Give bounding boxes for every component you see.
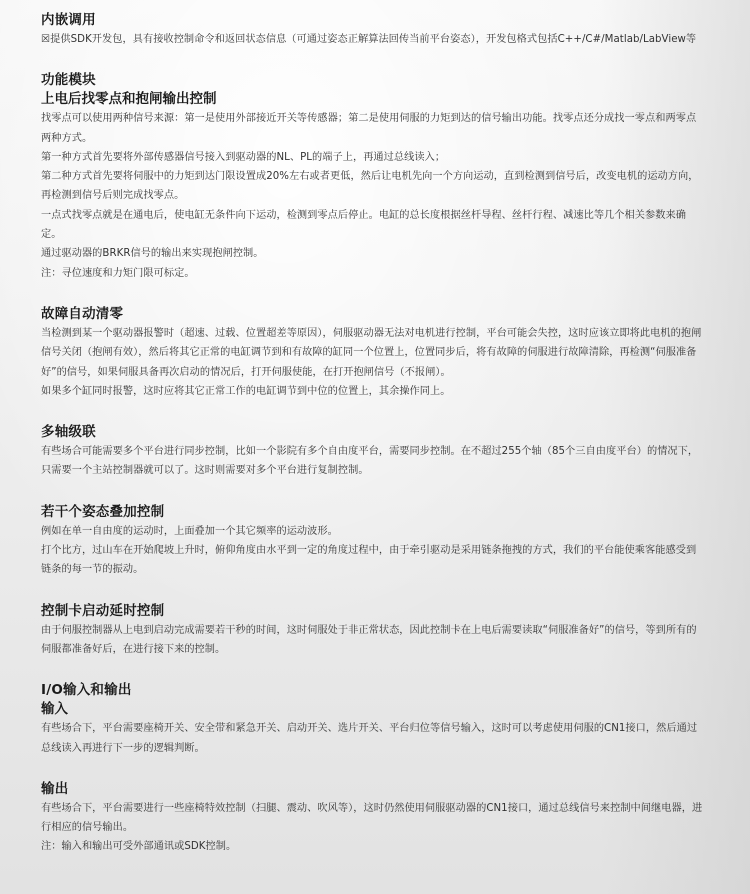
paragraph: 有些场合下，平台需要座椅开关、安全带和紧急开关、启动开关、选片开关、平台归位等信… — [41, 719, 706, 758]
paragraph: 如果多个缸同时报警，这时应将其它正常工作的电缸调节到中位的位置上，其余操作同上。 — [41, 382, 706, 401]
subsection-title: 输入 — [41, 700, 706, 719]
section-multi-axis: 多轴级联 有些场合可能需要多个平台进行同步控制，比如一个影院有多个自由度平台，需… — [41, 423, 706, 481]
section-posture-overlay: 若干个姿态叠加控制 例如在单一自由度的运动时，上面叠加一个其它频率的运动波形。 … — [41, 503, 706, 580]
paragraph: 有些场合可能需要多个平台进行同步控制，比如一个影院有多个自由度平台，需要同步控制… — [41, 442, 706, 481]
paragraph: 当检测到某一个驱动器报警时（超速、过载、位置超差等原因），伺服驱动器无法对电机进… — [41, 324, 706, 382]
paragraph: 找零点可以使用两种信号来源：第一是使用外部接近开关等传感器；第二是使用伺服的力矩… — [41, 109, 706, 148]
section-io: I/O输入和输出 输入 有些场合下，平台需要座椅开关、安全带和紧急开关、启动开关… — [41, 681, 706, 758]
section-title: 控制卡启动延时控制 — [41, 602, 706, 621]
paragraph: 通过驱动器的BRKR信号的输出来实现抱闸控制。 — [41, 244, 706, 263]
section-embedded: 内嵌调用 ☒提供SDK开发包，具有接收控制命令和返回状态信息（可通过姿态正解算法… — [41, 11, 706, 49]
paragraph: 例如在单一自由度的运动时，上面叠加一个其它频率的运动波形。 — [41, 522, 706, 541]
paragraph: 第二种方式首先要将伺服中的力矩到达门限设置成20%左右或者更低，然后让电机先向一… — [41, 167, 706, 206]
paragraph: 注：寻位速度和力矩门限可标定。 — [41, 264, 706, 283]
section-title: 输出 — [41, 780, 706, 799]
section-fault-reset: 故障自动清零 当检测到某一个驱动器报警时（超速、过载、位置超差等原因），伺服驱动… — [41, 305, 706, 401]
paragraph: ☒提供SDK开发包，具有接收控制命令和返回状态信息（可通过姿态正解算法回传当前平… — [41, 30, 706, 49]
section-title: 故障自动清零 — [41, 305, 706, 324]
section-function-modules: 功能模块 上电后找零点和抱闸输出控制 找零点可以使用两种信号来源：第一是使用外部… — [41, 71, 706, 283]
section-title: 功能模块 — [41, 71, 706, 90]
section-title: I/O输入和输出 — [41, 681, 706, 700]
document-page: 内嵌调用 ☒提供SDK开发包，具有接收控制命令和返回状态信息（可通过姿态正解算法… — [41, 11, 706, 857]
section-title: 内嵌调用 — [41, 11, 706, 30]
paragraph: 一点式找零点就是在通电后，使电缸无条件向下运动，检测到零点后停止。电缸的总长度根… — [41, 206, 706, 245]
paragraph: 有些场合下，平台需要进行一些座椅特效控制（扫腿、震动、吹风等），这时仍然使用伺服… — [41, 799, 706, 838]
paragraph: 注：输入和输出可受外部通讯或SDK控制。 — [41, 837, 706, 856]
subsection-title: 上电后找零点和抱闸输出控制 — [41, 90, 706, 109]
paragraph: 打个比方，过山车在开始爬坡上升时，俯仰角度由水平到一定的角度过程中，由于牵引驱动… — [41, 541, 706, 580]
paragraph: 由于伺服控制器从上电到启动完成需要若干秒的时间，这时伺服处于非正常状态，因此控制… — [41, 621, 706, 660]
section-output: 输出 有些场合下，平台需要进行一些座椅特效控制（扫腿、震动、吹风等），这时仍然使… — [41, 780, 706, 857]
section-title: 多轴级联 — [41, 423, 706, 442]
paragraph: 第一种方式首先要将外部传感器信号接入到驱动器的NL、PL的端子上，再通过总线读入… — [41, 148, 706, 167]
section-startup-delay: 控制卡启动延时控制 由于伺服控制器从上电到启动完成需要若干秒的时间，这时伺服处于… — [41, 602, 706, 660]
section-title: 若干个姿态叠加控制 — [41, 503, 706, 522]
